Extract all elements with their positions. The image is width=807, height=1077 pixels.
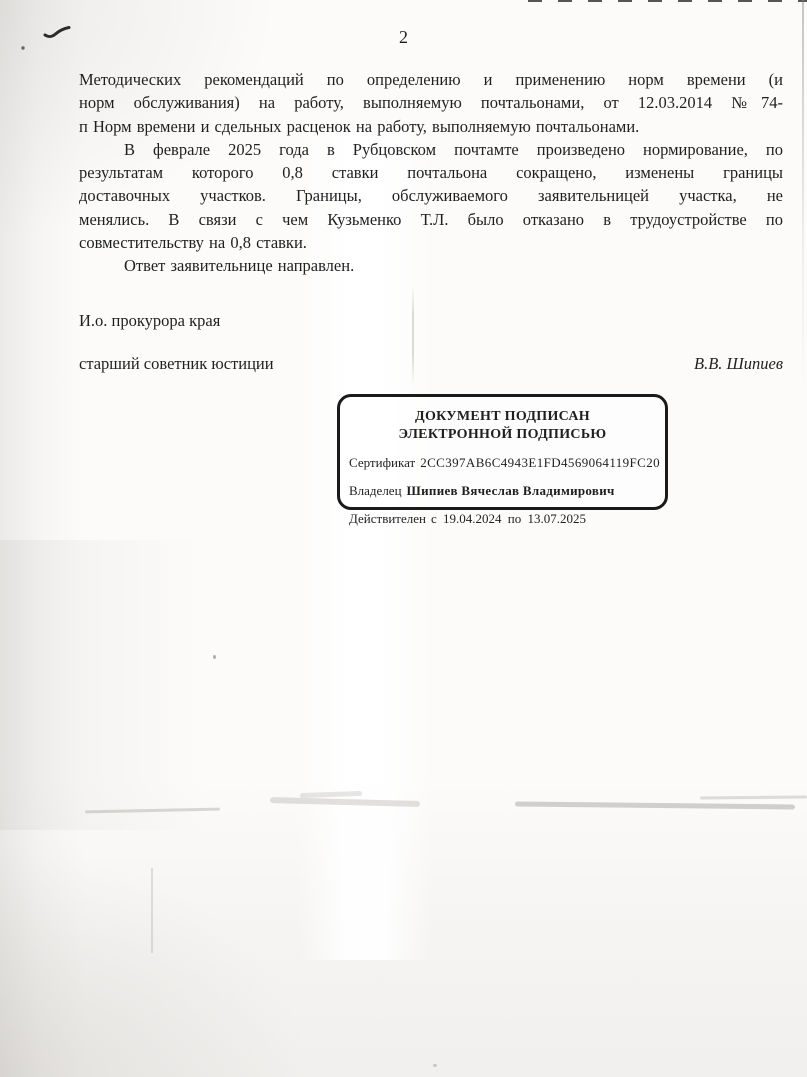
crease-segment bbox=[270, 797, 420, 807]
signer-role-line-2: старший советник юстиции bbox=[79, 354, 274, 374]
text-line: Методических рекомендаций по определению… bbox=[79, 68, 783, 91]
scan-speck bbox=[433, 1064, 437, 1067]
crease-segment bbox=[515, 802, 795, 810]
stamp-owner-row: ВладелецШипиев Вячеслав Владимирович bbox=[349, 481, 657, 500]
scanned-document-page: 2 Методических рекомендаций по определен… bbox=[0, 0, 807, 1077]
crease-segment bbox=[300, 791, 362, 798]
owner-label: Владелец bbox=[349, 483, 402, 498]
page-number: 2 bbox=[0, 27, 807, 48]
stamp-certificate-row: Сертификат2CC397AB6C4943E1FD4569064119FC… bbox=[349, 453, 657, 472]
e-signature-stamp: ДОКУМЕНТ ПОДПИСАН ЭЛЕКТРОННОЙ ПОДПИСЬЮ С… bbox=[337, 394, 668, 510]
validity-label: Действителен bbox=[349, 511, 426, 526]
crease-segment bbox=[700, 796, 807, 800]
stamp-validity-row: Действителенс 19.04.2024 по 13.07.2025 bbox=[349, 509, 657, 528]
horizontal-fold-crease bbox=[0, 795, 807, 823]
text-line: В феврале 2025 года в Рубцовском почтамт… bbox=[79, 138, 783, 161]
scan-right-edge-artifact bbox=[802, 0, 804, 395]
crease-segment bbox=[85, 808, 220, 814]
validity-value: с 19.04.2024 по 13.07.2025 bbox=[431, 511, 586, 526]
signer-name: В.В. Шипиев bbox=[694, 354, 783, 374]
vertical-crease-line bbox=[151, 868, 153, 953]
stamp-title-line-2: ЭЛЕКТРОННОЙ ПОДПИСЬЮ bbox=[340, 426, 665, 444]
text-line: доставочных участков. Границы, обслужива… bbox=[79, 184, 783, 207]
paragraph: Ответ заявительнице направлен. bbox=[79, 254, 783, 277]
scan-top-edge-artifact bbox=[528, 0, 807, 2]
paragraph: Методических рекомендаций по определению… bbox=[79, 68, 783, 138]
signature-row: старший советник юстиции В.В. Шипиев bbox=[79, 354, 783, 374]
scan-speck bbox=[213, 655, 216, 659]
scan-shadow-bottom-left bbox=[0, 847, 310, 1077]
certificate-value: 2CC397AB6C4943E1FD4569064119FC20 bbox=[420, 455, 660, 470]
owner-name: Шипиев Вячеслав Владимирович bbox=[407, 483, 615, 498]
text-line: п Норм времени и сдельных расценок на ра… bbox=[79, 115, 783, 138]
scan-shadow-left bbox=[0, 0, 85, 1077]
text-line: совместительству на 0,8 ставки. bbox=[79, 231, 783, 254]
scan-shadow-mid-left bbox=[0, 540, 240, 830]
text-line: результатам которого 0,8 ставки почтальо… bbox=[79, 161, 783, 184]
paragraph: В феврале 2025 года в Рубцовском почтамт… bbox=[79, 138, 783, 254]
document-body: Методических рекомендаций по определению… bbox=[79, 68, 783, 278]
stamp-title-line-1: ДОКУМЕНТ ПОДПИСАН bbox=[340, 408, 665, 426]
signer-role-line-1: И.о. прокурора края bbox=[79, 311, 220, 331]
text-line: норм обслуживания) на работу, выполняему… bbox=[79, 91, 783, 114]
certificate-label: Сертификат bbox=[349, 455, 415, 470]
text-line: менялись. В связи с чем Кузьменко Т.Л. б… bbox=[79, 208, 783, 231]
scan-shadow-bottom bbox=[0, 777, 807, 1077]
